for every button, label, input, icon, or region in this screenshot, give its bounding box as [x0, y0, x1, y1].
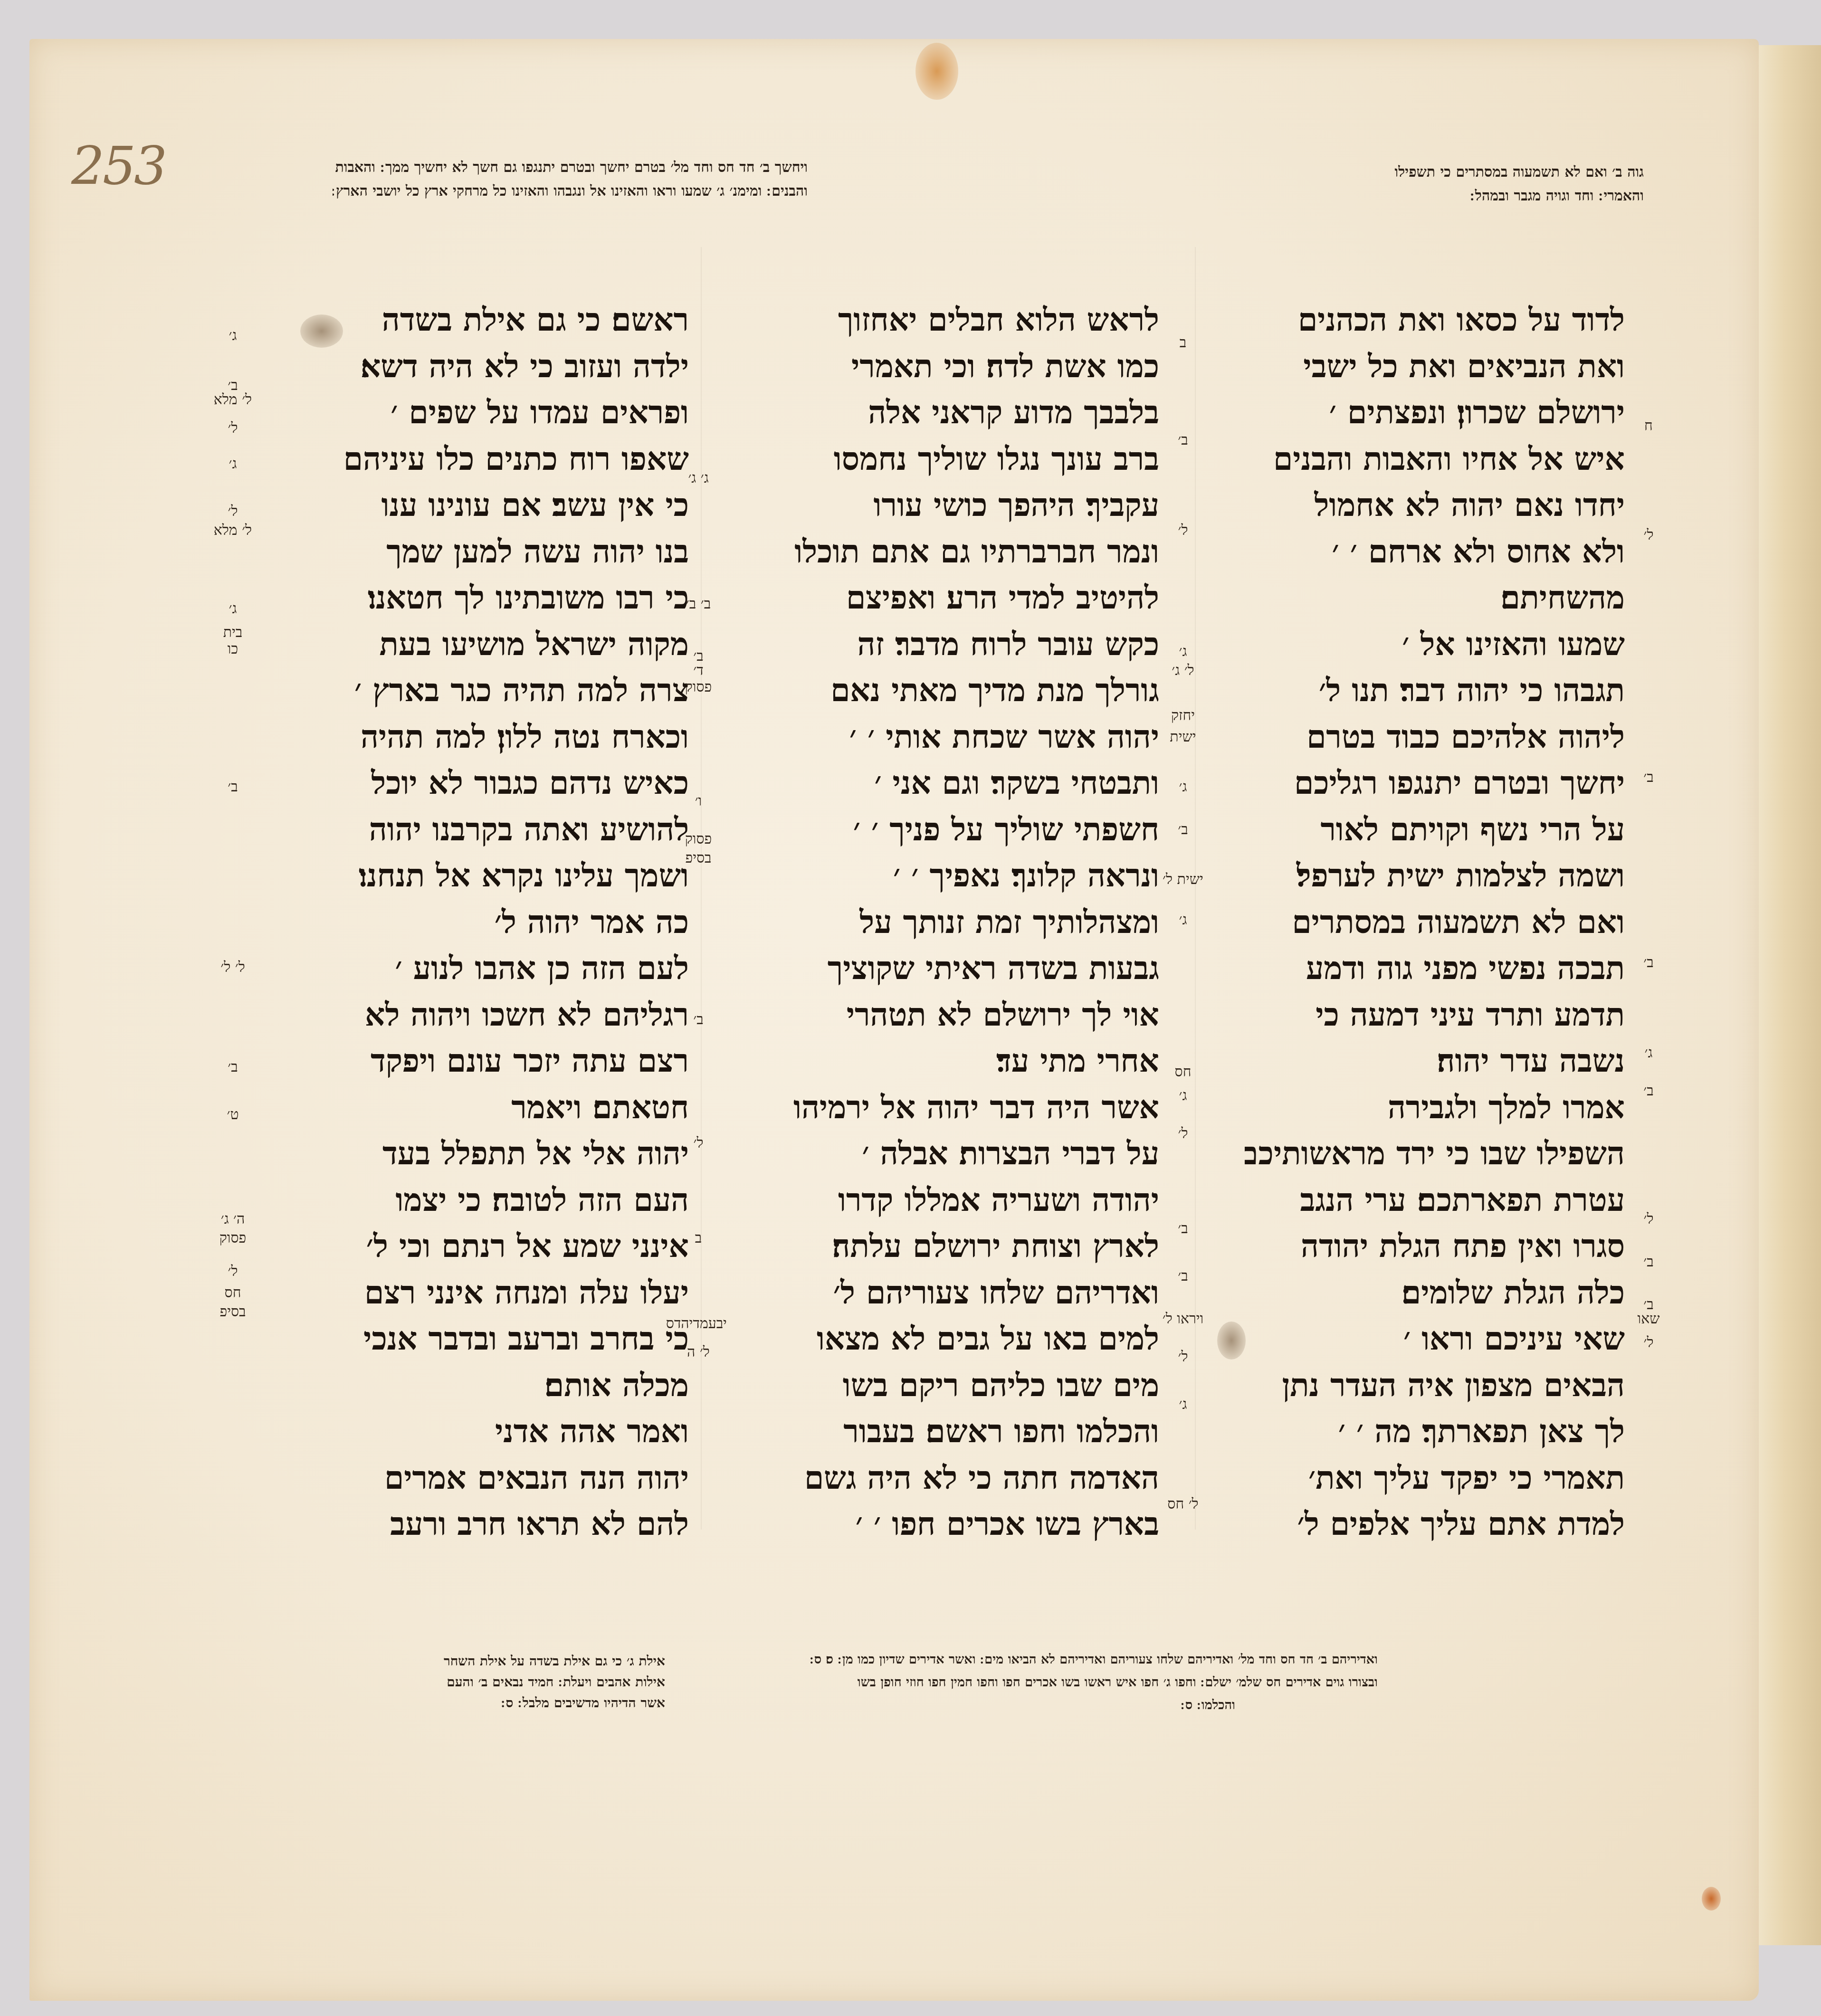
text-line: על דברי הבצרות׃ אבלה ׳: [770, 1131, 1159, 1177]
text-line: רצם עתה יזכר עונם ויפקד: [309, 1038, 689, 1084]
margin-note: ג׳: [1154, 1397, 1211, 1413]
margin-note: ג׳: [1154, 644, 1211, 660]
text-line: בנו יהוה עשה למען שמך: [309, 529, 689, 575]
text-line: על הרי נשף וקויתם לאור: [1245, 807, 1625, 853]
margin-note: ל׳: [204, 504, 261, 520]
text-line: ונראה קלונך׃ נאפיך ׳ ׳: [770, 853, 1159, 899]
text-line: שאפו רוח כתנים כלו עיניהם: [309, 436, 689, 483]
text-line: ולא אחוס ולא ארחם ׳ ׳: [1245, 529, 1625, 575]
text-line: אוי לך ירושלם לא תטהרי: [770, 992, 1159, 1038]
text-line: כלה הגלת שלומים׃: [1245, 1270, 1625, 1316]
margin-note: ל׳: [1154, 523, 1211, 539]
masorah-line: והכלמו ׃ ס ׃: [779, 1694, 1378, 1717]
text-line: יחדו נאם יהוה לא אחמול: [1245, 482, 1625, 529]
margin-note: ב׳: [670, 1012, 727, 1028]
text-line: חשפתי שוליך על פניך ׳ ׳: [770, 807, 1159, 853]
margin-note: ל׳ מלא: [204, 523, 261, 539]
text-column-middle: לראש הלוא חבלים יאחזוך כמו אשת לדה׃ וכי …: [770, 297, 1159, 1548]
margin-note: בסיפ: [670, 850, 727, 866]
margin-note: ישית ל׳: [1154, 872, 1211, 888]
text-line: ופראים עמדו על שפים ׳: [309, 390, 689, 436]
text-line: מהשחיתם׃: [1245, 575, 1625, 621]
folio-number: 253: [71, 135, 165, 196]
margin-note: פסוק: [670, 679, 727, 695]
text-line: כה אמר יהוה ל׳: [309, 899, 689, 946]
margin-note: ב׳: [1620, 955, 1677, 971]
text-line: אשר היה דבר יהוה אל ירמיהו: [770, 1084, 1159, 1131]
margin-note: ל׳ ג׳: [1154, 663, 1211, 679]
text-line: ילדה ועזוב כי לא היה דשא׃: [309, 343, 689, 390]
text-line: מכלה אותם׃: [309, 1362, 689, 1409]
margin-note: ב׳: [204, 779, 261, 795]
stain-top: [915, 43, 958, 100]
text-line: עטרת תפארתכם׃ ערי הנגב: [1245, 1177, 1625, 1224]
masorah-line: והבנים ׃ ומימנ׳ ג׳ שמעו וראו והאזינו אל …: [333, 180, 808, 203]
text-line: להיטיב למדי הרע׃ ואפיצם: [770, 575, 1159, 621]
margin-note: ה׳ ג׳: [204, 1211, 261, 1227]
margin-note: ל׳ ל׳: [204, 960, 261, 976]
text-line: ראשם׃ כי גם אילת בשדה: [309, 297, 689, 343]
adjacent-page-edge: [1758, 45, 1821, 1945]
margin-note: ל׳ ה: [670, 1344, 727, 1360]
text-line: להושיע ואתה בקרבנו יהוה: [309, 807, 689, 853]
text-line: נשבה עדר יהוה׃: [1245, 1038, 1625, 1084]
text-column-left: ראשם׃ כי גם אילת בשדה ילדה ועזוב כי לא ה…: [309, 297, 689, 1548]
margin-note: ב׳: [1154, 1268, 1211, 1284]
margin-note: ל׳: [1154, 1349, 1211, 1365]
text-line: לראש הלוא חבלים יאחזוך: [770, 297, 1159, 343]
top-masorah-right: גוה ב׳ ואם לא תשמעוה במסתרים כי תשפילו ו…: [1254, 161, 1644, 208]
text-line: כאיש נדהם כגבור לא יוכל: [309, 760, 689, 807]
margin-note: ל׳: [204, 420, 261, 437]
stain-bottom-right: [1702, 1887, 1721, 1911]
margin-note: ב׳: [1620, 1083, 1677, 1099]
margin-note: ג׳: [204, 328, 261, 344]
margin-note: ג׳: [1154, 1088, 1211, 1104]
text-line: שאי עיניכם וראו ׳: [1245, 1316, 1625, 1362]
margin-note: ל׳ מלא: [204, 392, 261, 408]
text-line: אינני שמע אל רנתם וכי ל׳: [309, 1223, 689, 1270]
text-line: והכלמו וחפו ראשם׃ בעבור: [770, 1408, 1159, 1455]
margin-note: ויראו ל׳: [1154, 1311, 1211, 1327]
masorah-line: והאמרי ׃ וחד וגויה מגבר ובמהל ׃: [1254, 184, 1644, 208]
margin-note: ל׳: [1620, 1335, 1677, 1351]
text-line: מים שבו כליהם ריקם בשו: [770, 1362, 1159, 1409]
text-line: כי רבו משובתינו לך חטאנו׃: [309, 575, 689, 621]
masorah-line: אילות אהבים ויעלת ׃ חמיד נבאים ב׳ והעם: [333, 1672, 665, 1693]
text-line: עקביך׃ היהפך כושי עורו: [770, 482, 1159, 529]
text-line: תבכה נפשי מפני גוה ודמע: [1245, 945, 1625, 992]
text-line: ושמה לצלמות ישית לערפל׃: [1245, 853, 1625, 899]
text-line: למים באו על גבים לא מצאו: [770, 1316, 1159, 1362]
text-line: להם לא תראו חרב ורעב: [309, 1501, 689, 1548]
text-line: הבאים מצפון איה העדר נתן: [1245, 1362, 1625, 1409]
text-line: צרה למה תהיה כגר בארץ ׳: [309, 667, 689, 714]
masorah-line: גוה ב׳ ואם לא תשמעוה במסתרים כי תשפילו: [1254, 161, 1644, 184]
text-line: יהודה ושעריה אמללו קדרו: [770, 1177, 1159, 1224]
margin-note: חס: [204, 1285, 261, 1301]
margin-note: ד׳: [670, 663, 727, 679]
text-line: השפילו שבו כי ירד מראשותיכם: [1245, 1131, 1625, 1177]
margin-note: ב׳: [1620, 1254, 1677, 1270]
masorah-line: ויחשך ב׳ חד חס וחד מל׳ בטרם יחשך ובטרם י…: [333, 156, 808, 180]
text-line: כי אין עשב׃ אם עונינו ענו: [309, 482, 689, 529]
margin-note: בסיפ: [204, 1304, 261, 1320]
text-line: חטאתם׃ ויאמר: [309, 1084, 689, 1131]
margin-note: ל׳: [204, 1264, 261, 1280]
text-line: גבעות בשדה ראיתי שקוציך: [770, 945, 1159, 992]
text-line: ותבטחי בשקר׃ וגם אני ׳: [770, 760, 1159, 807]
text-line: יחשך ובטרם יתנגפו רגליכם: [1245, 760, 1625, 807]
text-line: יהוה אלי אל תתפלל בעד: [309, 1131, 689, 1177]
margin-note: ב׳ ב׳: [670, 596, 727, 612]
text-line: ואמר אהה אדני: [309, 1408, 689, 1455]
text-line: בלבבך מדוע קראני אלה: [770, 390, 1159, 436]
text-line: בארץ בשו אכרים חפו ׳ ׳: [770, 1501, 1159, 1548]
text-line: ברב עונך נגלו שוליך נחמסו: [770, 436, 1159, 483]
text-line: וכארח נטה ללון׃ למה תהיה: [309, 714, 689, 761]
text-column-right: לדוד על כסאו ואת הכהנים ואת הנביאים ואת …: [1245, 297, 1625, 1548]
margin-note: ב׳: [1620, 770, 1677, 786]
text-line: יהוה אשר שכחת אותי ׳ ׳: [770, 714, 1159, 761]
text-line: למדת אתם עליך אלפים ל׳: [1245, 1501, 1625, 1548]
masorah-line: ובצורו גוים אדירים חס שלמ׳ ישלם ׃ וחפו ג…: [779, 1671, 1378, 1694]
margin-note: ל׳: [670, 1135, 727, 1151]
text-line: שמעו והאזינו אל ׳: [1245, 621, 1625, 668]
text-line: סגרו ואין פתח הגלת יהודה: [1245, 1223, 1625, 1270]
margin-note: ל׳ חס: [1154, 1496, 1211, 1512]
text-line: איש אל אחיו והאבות והבנים: [1245, 436, 1625, 483]
text-line: לך צאן תפארתך׃ מה ׳ ׳: [1245, 1408, 1625, 1455]
margin-note: ב: [670, 1230, 727, 1246]
bottom-masorah-left: אילת ג׳ כי גם אילת בשדה על אילת השחר איל…: [333, 1651, 665, 1713]
text-line: תאמרי כי יפקד עליך ואת׳: [1245, 1455, 1625, 1502]
text-line: מקוה ישראל מושיעו בעת: [309, 621, 689, 668]
margin-note: ב׳: [204, 1059, 261, 1075]
text-line: יהוה הנה הנבאים אמרים: [309, 1455, 689, 1502]
margin-note: ב׳: [1154, 432, 1211, 448]
text-line: כי בחרב וברעב ובדבר אנכי: [309, 1316, 689, 1362]
margin-note: ב׳: [1154, 1221, 1211, 1237]
text-line: ושמך עלינו נקרא אל תנחנו׃: [309, 853, 689, 899]
margin-note: יחזק: [1154, 708, 1211, 724]
text-line: גורלך מנת מדיך מאתי נאם: [770, 667, 1159, 714]
margin-note: ט׳: [204, 1107, 261, 1123]
top-masorah-left: ויחשך ב׳ חד חס וחד מל׳ בטרם יחשך ובטרם י…: [333, 156, 808, 203]
masorah-line: אשר הדיהיו מדשיבים מלבל ׃ ס ׃: [333, 1693, 665, 1713]
margin-note: ג׳: [1154, 779, 1211, 795]
margin-note: ג׳: [204, 456, 261, 472]
text-line: ואם לא תשמעוה במסתרים: [1245, 899, 1625, 946]
bottom-masorah-middle: ואדיריהם ב׳ חד חס וחד מל׳ ואדיריהם שלחו …: [779, 1648, 1378, 1717]
margin-note: יבעמדיהדס: [670, 1316, 727, 1332]
text-line: ליהוה אלהיכם כבוד בטרם: [1245, 714, 1625, 761]
text-line: רגליהם לא חשכו ויהוה לא: [309, 992, 689, 1038]
margin-note: ב׳: [1154, 822, 1211, 838]
text-line: ירושלם שכרון׃ ונפצתים ׳: [1245, 390, 1625, 436]
text-line: לארץ וצוחת ירושלם עלתה׃: [770, 1223, 1159, 1270]
margin-note: ל׳: [1620, 1211, 1677, 1227]
text-line: תדמע ותרד עיני דמעה כי: [1245, 992, 1625, 1038]
text-line: ואדריהם שלחו צעוריהם ל׳: [770, 1270, 1159, 1316]
margin-note: ג׳: [1154, 912, 1211, 928]
masorah-line: ואדיריהם ב׳ חד חס וחד מל׳ ואדיריהם שלחו …: [779, 1648, 1378, 1671]
text-line: ונמר חברברתיו גם אתם תוכלו: [770, 529, 1159, 575]
margin-note: ב: [1154, 335, 1211, 351]
margin-note: ג׳: [204, 601, 261, 617]
text-line: יעלו עלה ומנחה אינני רצם: [309, 1270, 689, 1316]
margin-note: ו׳: [670, 793, 727, 809]
margin-note: כו: [204, 641, 261, 657]
margin-note: ח: [1620, 418, 1677, 434]
text-line: לדוד על כסאו ואת הכהנים: [1245, 297, 1625, 343]
text-line: ומצהלותיך זמת זנותך על: [770, 899, 1159, 946]
text-line: ואת הנביאים ואת כל ישבי: [1245, 343, 1625, 390]
text-line: העם הזה לטובה׃ כי יצמו: [309, 1177, 689, 1224]
text-line: תגבהו כי יהוה דבר׃ תנו ל׳: [1245, 667, 1625, 714]
text-line: אחרי מתי עד׃: [770, 1038, 1159, 1084]
text-line: כקש עובר לרוח מדבר׃ זה: [770, 621, 1159, 668]
margin-note: בית: [204, 625, 261, 641]
stain-right-column: [1217, 1322, 1246, 1360]
margin-note: ג׳: [1620, 1045, 1677, 1061]
margin-note: שאו: [1620, 1311, 1677, 1327]
text-line: האדמה חתה כי לא היה גשם: [770, 1455, 1159, 1502]
margin-note: פסוק: [670, 831, 727, 847]
text-line: כמו אשת לדה׃ וכי תאמרי: [770, 343, 1159, 390]
margin-note: ל׳: [1154, 1126, 1211, 1142]
margin-note: חס: [1154, 1064, 1211, 1080]
text-line: לעם הזה כן אהבו לנוע ׳: [309, 945, 689, 992]
masorah-line: אילת ג׳ כי גם אילת בשדה על אילת השחר: [333, 1651, 665, 1672]
margin-note: ל׳: [1620, 527, 1677, 543]
margin-note: פסוק: [204, 1230, 261, 1246]
margin-note: ג׳ ג׳: [670, 470, 727, 486]
text-line: אמרו למלך ולגבירה: [1245, 1084, 1625, 1131]
margin-note: ישית: [1154, 729, 1211, 745]
